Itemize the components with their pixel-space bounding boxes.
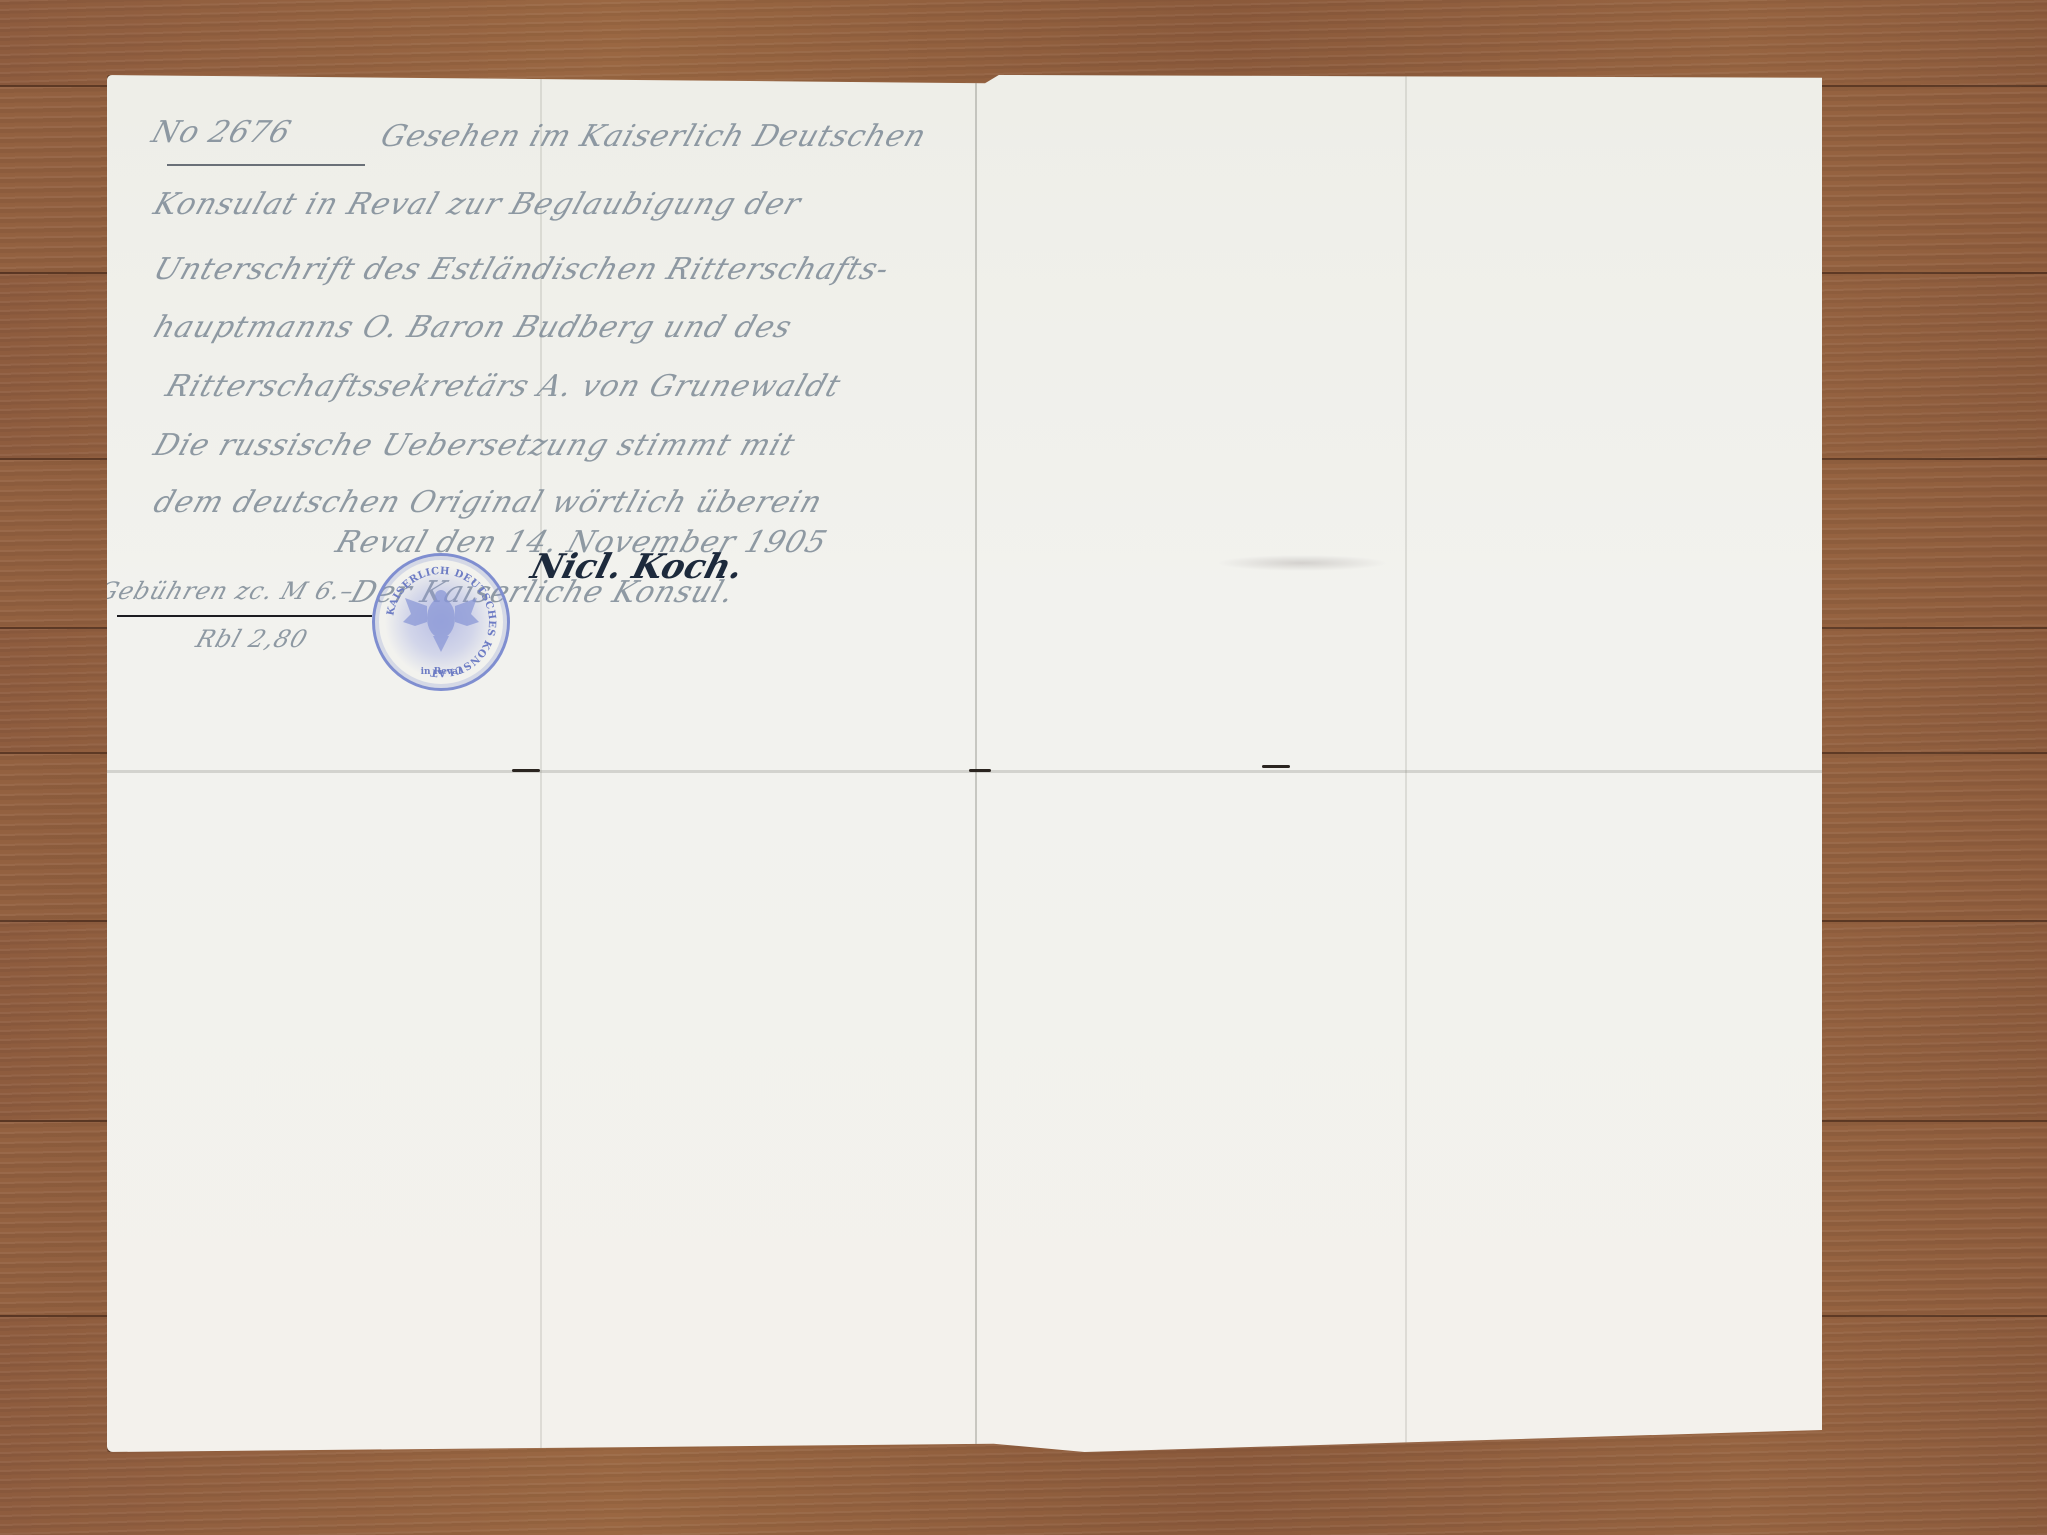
horizontal-fold — [107, 770, 1822, 773]
text-line-5: Ritterschaftssekretärs A. von Grunewaldt — [161, 369, 845, 404]
imperial-eagle-icon: KAISERLICH DEUTSCHES KONSULAT in Reval — [375, 556, 507, 688]
text-line-6: Die russische Uebersetzung stimmt mit — [149, 428, 800, 463]
text-line-7: dem deutschen Original wörtlich überein — [149, 485, 827, 520]
text-line-4: hauptmanns O. Baron Budberg und des — [149, 310, 797, 345]
document-sheet: No 2676 Gesehen im Kaiserlich Deutschen … — [107, 75, 1822, 1452]
bleed-through-mark — [1217, 555, 1387, 571]
center-fold — [975, 75, 977, 1452]
text-line-1: Gesehen im Kaiserlich Deutschen — [376, 119, 931, 154]
consul-signature: Nicl. Koch. — [527, 547, 748, 587]
fold-tear — [512, 769, 540, 772]
text-line-3: Unterschrift des Estländischen Rittersch… — [149, 252, 894, 287]
number-underline — [167, 164, 365, 166]
stamp-city-text: in Reval — [421, 667, 462, 677]
fold-line — [1405, 75, 1407, 1452]
text-line-2: Konsulat in Reval zur Beglaubigung der — [149, 187, 805, 222]
fold-tear — [969, 769, 991, 772]
consulate-stamp: KAISERLICH DEUTSCHES KONSULAT in Reval — [372, 553, 510, 691]
floorboard — [0, 0, 2047, 87]
document-number: No 2676 — [147, 115, 296, 150]
fold-tear — [1262, 765, 1290, 768]
fees-rule — [117, 615, 372, 617]
fees-line-2: Rbl 2,80 — [192, 625, 311, 653]
fees-line-1: Gebühren zc. M 6.– — [94, 577, 358, 605]
